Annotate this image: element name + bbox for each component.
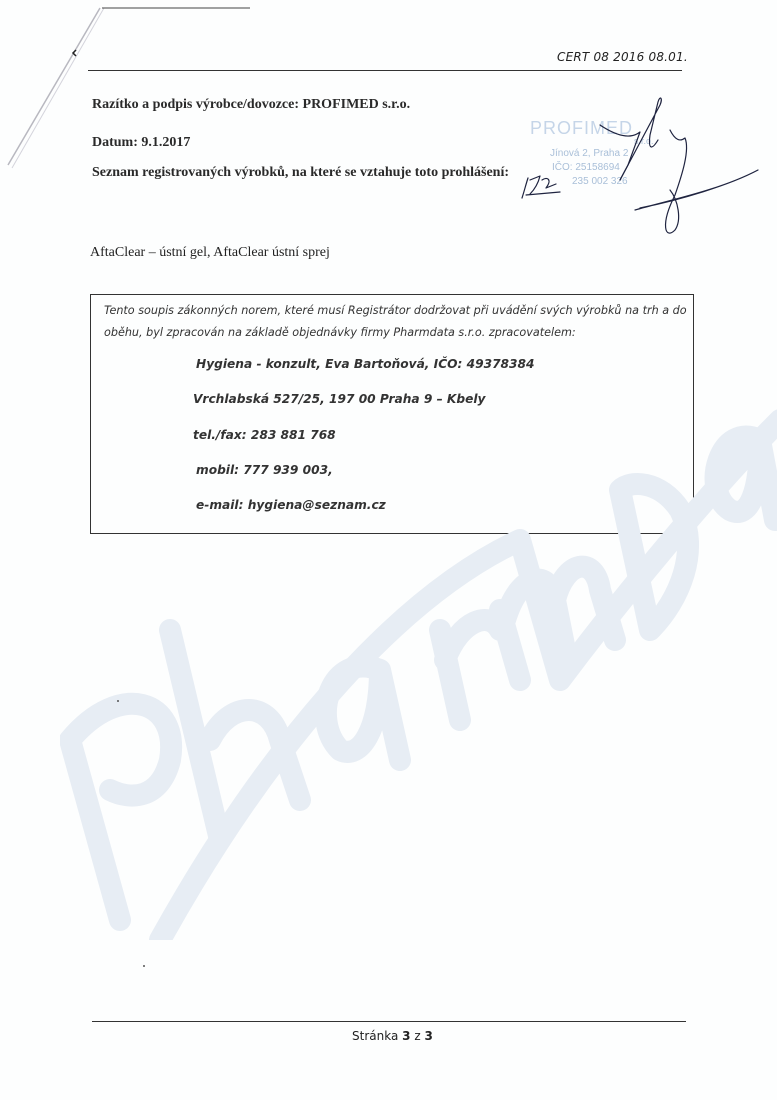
- page-current: 3: [402, 1029, 410, 1043]
- page-total: 3: [424, 1029, 432, 1043]
- product-list-label: Seznam registrovaných výrobků, na které …: [92, 165, 509, 181]
- processor-mobile: mobil: 777 939 003,: [196, 463, 333, 477]
- processor-address: Vrchlabská 527/25, 197 00 Praha 9 – Kbel…: [193, 392, 485, 406]
- scan-speck: [143, 965, 145, 967]
- processor-email: e-mail: hygiena@seznam.cz: [196, 498, 386, 512]
- processor-phone-fax: tel./fax: 283 881 768: [193, 428, 336, 442]
- scan-speck: [117, 700, 119, 702]
- processor-name: Hygiena - konzult, Eva Bartoňová, IČO: 4…: [196, 357, 534, 371]
- page-separator: z: [414, 1029, 420, 1043]
- stamp-signature-label: Razítko a podpis výrobce/dovozce: PROFIM…: [92, 97, 410, 113]
- product-list: AftaClear – ústní gel, AftaClear ústní s…: [90, 245, 330, 261]
- header-rule: [88, 70, 682, 71]
- footer-rule: [92, 1021, 686, 1022]
- certificate-code: CERT 08 2016 08.01.: [557, 50, 688, 64]
- page-number: Stránka 3 z 3: [352, 1029, 433, 1043]
- date-label: Datum: 9.1.2017: [92, 135, 190, 151]
- handwritten-signature: [500, 80, 760, 240]
- page-prefix: Stránka: [352, 1029, 398, 1043]
- info-intro-text: Tento soupis zákonných norem, které musí…: [104, 300, 694, 344]
